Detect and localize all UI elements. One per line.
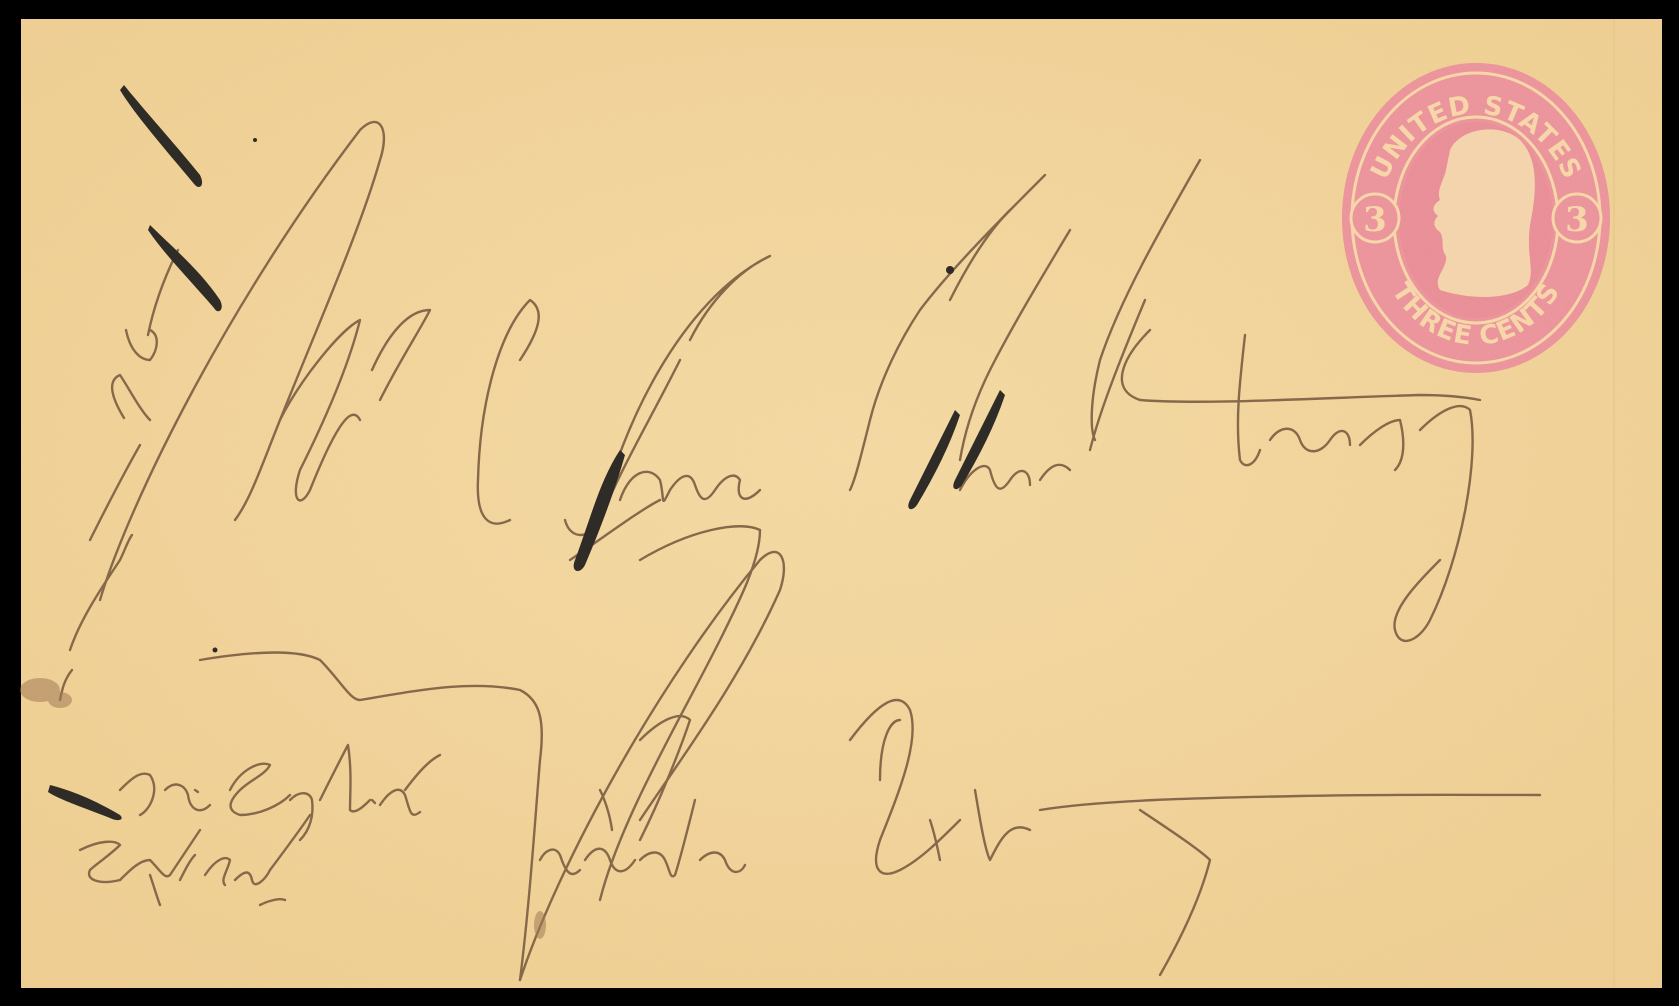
stamp-indicia: 3 3 UNITED STATES THREE CENTS bbox=[1342, 63, 1610, 373]
denomination-right: 3 bbox=[1565, 200, 1589, 240]
denomination-left: 3 bbox=[1363, 200, 1387, 240]
envelope-photo: 3 3 UNITED STATES THREE CENTS bbox=[0, 0, 1679, 1006]
